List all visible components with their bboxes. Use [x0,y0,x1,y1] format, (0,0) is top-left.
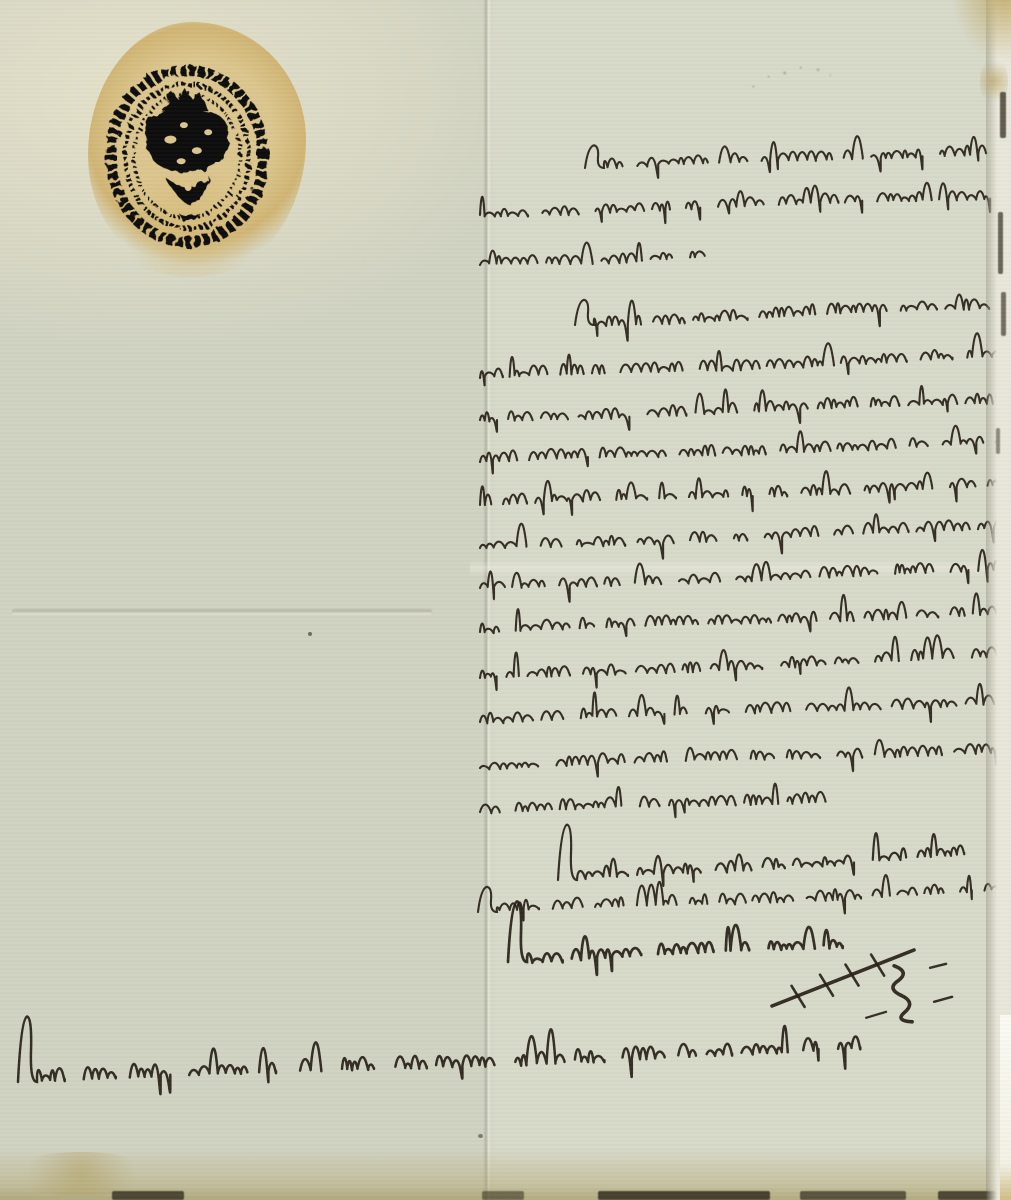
right-edge-white-sliver [1000,1015,1011,1200]
body-handwriting-line [480,550,1008,602]
body-handwriting-line [480,635,1011,690]
body-handwriting-line [480,243,705,265]
body-handwriting-line [480,471,1005,515]
body-handwriting-line [480,386,993,432]
dateline-handwriting-line [478,875,1000,920]
signature-rubric [772,950,952,1022]
scanned-letter-page: 19th-century cursive ink handwriting, la… [0,0,1011,1200]
bottom-edge-mark [482,1191,524,1200]
rubric-stroke [934,997,952,1002]
handwriting-layer [0,0,1011,1200]
top-right-edge-stain [952,0,1011,60]
right-edge-mark [1000,92,1006,138]
body-handwriting-line [575,295,989,341]
address-handwriting-line [18,1017,860,1095]
right-edge-mark [998,212,1003,274]
body-handwriting-line [480,684,1011,724]
body-handwriting-line [480,183,1006,223]
body-handwriting-line [480,333,1006,385]
rubric-stroke [893,966,912,1022]
right-edge-mark [996,428,1000,454]
bottom-edge-mark [800,1191,906,1200]
closing-handwriting-line [558,825,964,886]
bottom-left-stain-blob [6,1152,156,1196]
bottom-edge-mark [112,1191,184,1200]
body-handwriting-line [480,514,1011,558]
bottom-edge-mark [598,1191,770,1200]
signature-handwriting-line [508,902,843,975]
rubric-stroke [772,950,914,1006]
body-handwriting-line [480,740,1006,777]
body-handwriting-line [480,426,1011,474]
body-handwriting-line [585,136,986,178]
right-edge-mark [1001,292,1006,336]
rubric-stroke [930,964,946,968]
body-handwriting-line [480,784,826,817]
body-handwriting-line [480,593,1011,636]
rubric-stroke [866,1012,886,1018]
